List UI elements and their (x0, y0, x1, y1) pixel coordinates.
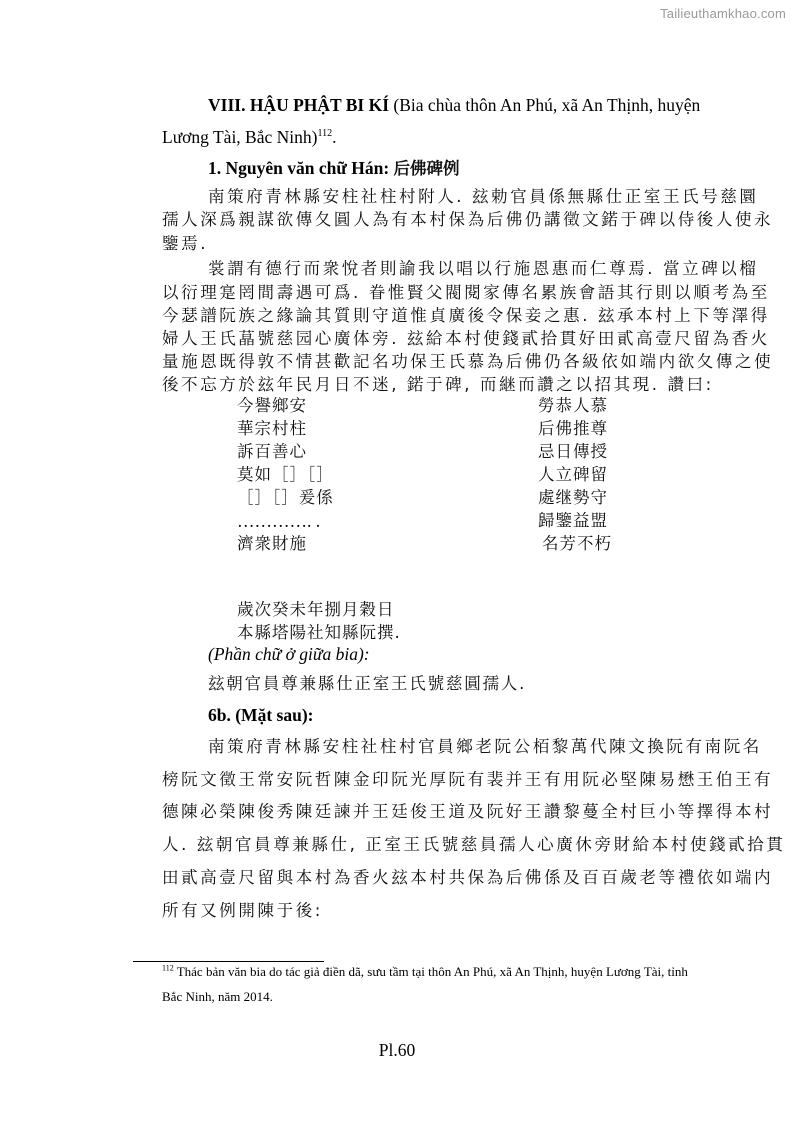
heading-period: . (332, 127, 336, 147)
han-paragraph-6b-line: 南策府青林縣安柱社柱村官員鄉老阮公栢黎萬代陳文換阮有南阮名 (208, 736, 762, 758)
han-paragraph-6b-line: 所有又例開陳于後: (162, 900, 323, 922)
poem-verse-left: 今譽鄉安 (237, 395, 307, 417)
poem-verse-right: 后佛推尊 (538, 418, 608, 440)
heading-subtitle: (Bia chùa thôn An Phú, xã An Thịnh, huyệ… (389, 95, 700, 115)
middle-note-label: (Phần chữ ở giữa bia): (208, 643, 370, 665)
section-heading-line2: Lương Tài, Bắc Ninh)112. (162, 126, 336, 148)
subsection-heading-1: 1. Nguyên văn chữ Hán: 后佛碑例 (208, 157, 460, 180)
han-title: 后佛碑例 (394, 159, 460, 178)
watermark: Tailieuthamkhao.com (660, 6, 786, 21)
heading-title: VIII. HẬU PHẬT BI KÍ (208, 95, 389, 115)
subsection-label: 1. Nguyên văn chữ Hán: (208, 158, 394, 178)
poem-verse-left: 莫如［］［］ (237, 464, 334, 486)
poem-verse-left: 濟衆財施 (237, 533, 307, 555)
poem-verse-left: 訴百善心 (237, 441, 307, 463)
poem-verse-left: ［］［］爰係 (237, 487, 334, 509)
poem-verse-right: 忌日傳授 (538, 441, 608, 463)
han-paragraph-6b-line: 榜阮文徵王常安阮哲陳金印阮光厚阮有裴并王有用阮必堅陳易懋王伯王有 (162, 769, 773, 791)
author-line: 本縣塔陽社知縣阮撰. (237, 622, 401, 644)
footnote-text: Thác bản văn bia do tác giả điền dã, sưu… (174, 964, 688, 979)
section-heading: VIII. HẬU PHẬT BI KÍ (Bia chùa thôn An P… (208, 94, 700, 116)
han-paragraph-6b-line: 德陳必榮陳俊秀陳廷諫并王廷俊王道及阮好王讚黎蔓全村巨小等擇得本村 (162, 801, 773, 823)
han-paragraph-2-line: 今瑟譜阮族之緣論其質則守道惟貞廣後令保妾之惠. 玆承本村上下等澤得 (162, 305, 770, 327)
han-paragraph-2-line: 婦人王氏蕌號慈园心廣体旁. 玆給本村使錢貳拾貫好田貳高壹尺留為香火 (162, 328, 770, 350)
han-paragraph-2-line: 裳謂有德行而衆悅者則諭我以唱以行施恩惠而仁尊焉. 當立碑以榴 (208, 258, 759, 280)
subsection-heading-6b: 6b. (Mặt sau): (208, 704, 313, 726)
footnote-number: 112 (162, 964, 174, 973)
han-paragraph-6b-line: 田貳高壹尺留與本村為香火玆本村共保為后佛係及百百歲老等禮依如端内 (162, 867, 773, 889)
poem-verse-right: 名芳不朽 (542, 533, 612, 555)
dateline: 歲次癸未年捌月穀日 (237, 599, 395, 621)
poem-verse-right: 歸鑒益盟 (538, 510, 608, 532)
page-number: Pl.60 (0, 1040, 794, 1061)
han-paragraph-2-line: 量施恩既得敦不情甚歡記名功保王氏慕為后佛仍各級依如端内欲夂傳之使 (162, 351, 773, 373)
poem-verse-right: 處继勢守 (538, 487, 608, 509)
han-paragraph-1-line: 南策府青林縣安柱社柱村附人. 玆勅官員係無縣仕正室王氏号慈圜 (208, 186, 759, 208)
poem-verse-right: 人立碑留 (538, 464, 608, 486)
footnote-divider (133, 961, 324, 962)
footnote-line-1: 112 Thác bản văn bia do tác giả điền dã,… (162, 964, 688, 980)
poem-verse-right: 勞恭人慕 (538, 395, 608, 417)
poem-verse-left-ellipsis: …………. . (237, 510, 320, 532)
footnote-line-2: Bắc Ninh, năm 2014. (162, 989, 273, 1005)
han-paragraph-1-line: 孺人深爲親謀欲傳夂圓人為有本村保為后佛仍講徵文鍩于碑以侍後人使永 (162, 209, 773, 231)
han-paragraph-2-line: 後不忘方於玆年民月日不迷, 鍩于碑, 而継而讚之以招其現. 讚曰: (162, 374, 714, 396)
han-paragraph-2-line: 以衍理寔罔間壽遇可爲. 眷惟賢父閥閱家傳名累族會語其行則以順考為至 (162, 282, 770, 304)
footnote-ref[interactable]: 112 (317, 128, 332, 139)
han-paragraph-1-line: 鑒焉. (162, 233, 208, 255)
middle-note-text: 玆朝官員尊兼縣仕正室王氏號慈圓孺人. (208, 673, 526, 695)
han-paragraph-6b-line: 人. 玆朝官員尊兼縣仕, 正室王氏號慈員孺人心廣休旁財給本村使錢貳拾貫 (162, 834, 785, 856)
heading-subtitle-cont: Lương Tài, Bắc Ninh) (162, 127, 317, 147)
poem-verse-left: 華宗村柱 (237, 418, 307, 440)
